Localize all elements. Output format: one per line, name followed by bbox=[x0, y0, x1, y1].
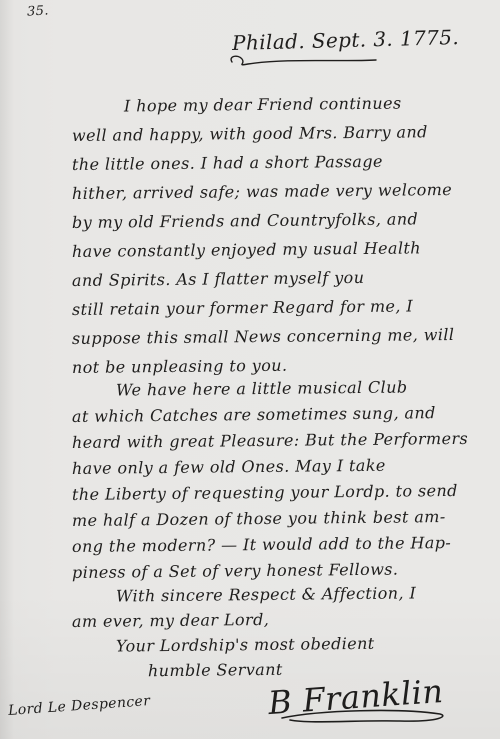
letter-line: still retain your former Regard for me, … bbox=[72, 291, 455, 324]
letter-line: have constantly enjoyed my usual Health bbox=[72, 233, 455, 266]
closing-line: am ever, my dear Lord, bbox=[72, 605, 416, 634]
letter-line: the little ones. I had a short Passage bbox=[72, 146, 455, 179]
letter-line: I hope my dear Friend continues bbox=[72, 88, 455, 121]
closing-line: Your Lordship's most obedient bbox=[72, 630, 416, 659]
page-number: 35. bbox=[27, 3, 50, 19]
dateline-flourish-icon bbox=[228, 52, 378, 68]
letter-line: hither, arrived safe; was made very welc… bbox=[72, 175, 455, 208]
addressee-note: Lord Le Despencer bbox=[8, 693, 151, 719]
dateline: Philad. Sept. 3. 1775. bbox=[232, 25, 460, 55]
letter-line: well and happy, with good Mrs. Barry and bbox=[72, 117, 455, 150]
signature-flourish-icon bbox=[280, 708, 450, 726]
closing-line: With sincere Respect & Affection, I bbox=[72, 580, 416, 609]
closing-block: With sincere Respect & Affection, I am e… bbox=[72, 584, 416, 684]
letter-line: by my old Friends and Countryfolks, and bbox=[72, 204, 455, 237]
paragraph-2: We have here a little musical Club at wh… bbox=[72, 378, 468, 586]
paragraph-1: I hope my dear Friend continues well and… bbox=[72, 92, 454, 382]
letter-line: suppose this small News concerning me, w… bbox=[72, 320, 455, 353]
letter-page: 35. Philad. Sept. 3. 1775. I hope my dea… bbox=[0, 0, 500, 739]
letter-line: and Spirits. As I flatter myself you bbox=[72, 262, 455, 295]
